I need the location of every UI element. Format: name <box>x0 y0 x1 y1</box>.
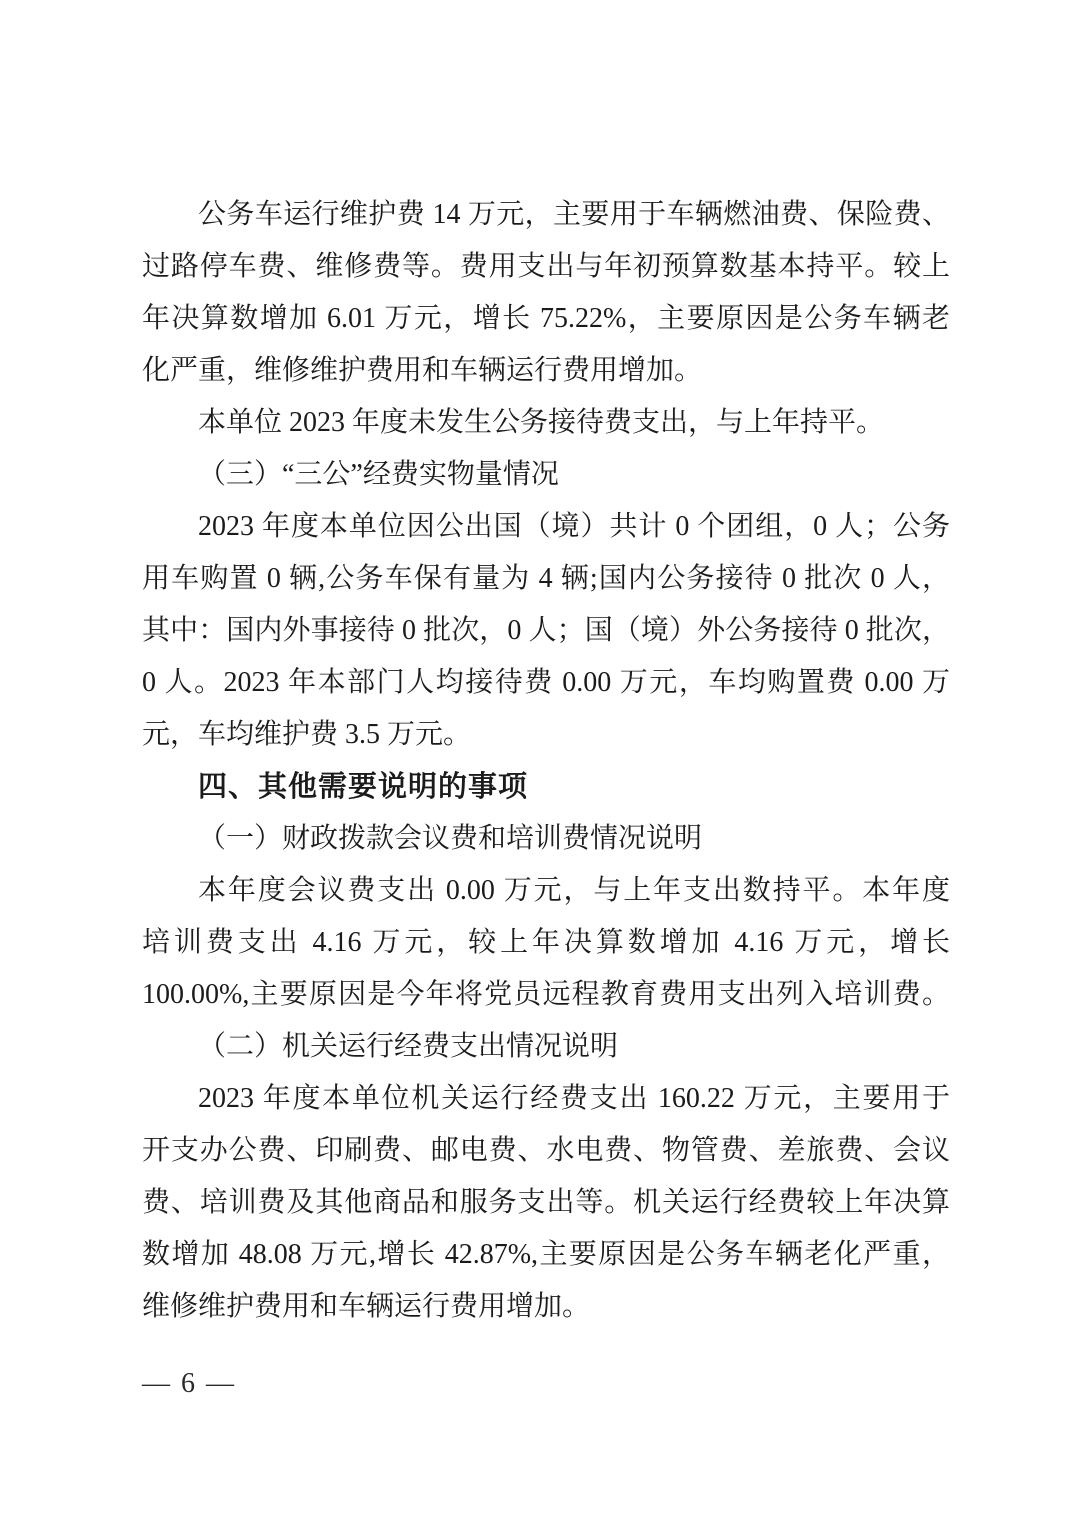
paragraph-operating-expense: 2023 年度本单位机关运行经费支出 160.22 万元，主要用于 开支办公费、… <box>142 1073 950 1333</box>
text-line: 公务车运行维护费 14 万元，主要用于车辆燃油费、保险费、 <box>142 189 950 241</box>
text-line: 费、培训费及其他商品和服务支出等。机关运行经费较上年决算 <box>142 1177 950 1229</box>
text-line: 培训费支出 4.16 万元，较上年决算数增加 4.16 万元，增长 <box>142 917 950 969</box>
section-heading-three-public-quantity: （三）“三公”经费实物量情况 <box>142 449 950 501</box>
text-line: 维修维护费用和车辆运行费用增加。 <box>142 1281 950 1333</box>
text-line: 本单位 2023 年度未发生公务接待费支出，与上年持平。 <box>142 397 950 449</box>
text-line: 元，车均维护费 3.5 万元。 <box>142 709 950 761</box>
paragraph-vehicle-maintenance: 公务车运行维护费 14 万元，主要用于车辆燃油费、保险费、 过路停车费、维修费等… <box>142 189 950 397</box>
text-line: 2023 年度本单位机关运行经费支出 160.22 万元，主要用于 <box>142 1073 950 1125</box>
text-line: 2023 年度本单位因公出国（境）共计 0 个团组，0 人；公务 <box>142 501 950 553</box>
section-heading-other-items: 四、其他需要说明的事项 <box>142 761 950 813</box>
text-line: 化严重，维修维护费用和车辆运行费用增加。 <box>142 345 950 397</box>
paragraph-reception: 本单位 2023 年度未发生公务接待费支出，与上年持平。 <box>142 397 950 449</box>
section-heading-operating-expense: （二）机关运行经费支出情况说明 <box>142 1021 950 1073</box>
text-line: 数增加 48.08 万元,增长 42.87%,主要原因是公务车辆老化严重， <box>142 1229 950 1281</box>
section-heading-meeting-training: （一）财政拨款会议费和培训费情况说明 <box>142 813 950 865</box>
text-line: 年决算数增加 6.01 万元，增长 75.22%，主要原因是公务车辆老 <box>142 293 950 345</box>
text-line: 本年度会议费支出 0.00 万元，与上年支出数持平。本年度 <box>142 865 950 917</box>
text-line: 用车购置 0 辆,公务车保有量为 4 辆;国内公务接待 0 批次 0 人， <box>142 553 950 605</box>
paragraph-meeting-training: 本年度会议费支出 0.00 万元，与上年支出数持平。本年度 培训费支出 4.16… <box>142 865 950 1021</box>
page-footer: — 6 — <box>142 1358 236 1410</box>
paragraph-quantity-detail: 2023 年度本单位因公出国（境）共计 0 个团组，0 人；公务 用车购置 0 … <box>142 501 950 761</box>
text-line: 过路停车费、维修费等。费用支出与年初预算数基本持平。较上 <box>142 241 950 293</box>
document-body: 公务车运行维护费 14 万元，主要用于车辆燃油费、保险费、 过路停车费、维修费等… <box>142 189 950 1333</box>
document-page: 公务车运行维护费 14 万元，主要用于车辆燃油费、保险费、 过路停车费、维修费等… <box>0 0 1074 1520</box>
text-line: 其中：国内外事接待 0 批次，0 人；国（境）外公务接待 0 批次， <box>142 605 950 657</box>
text-line: 开支办公费、印刷费、邮电费、水电费、物管费、差旅费、会议 <box>142 1125 950 1177</box>
page-number: — 6 — <box>142 1368 236 1399</box>
text-line: 0 人。2023 年本部门人均接待费 0.00 万元，车均购置费 0.00 万 <box>142 657 950 709</box>
text-line: 100.00%,主要原因是今年将党员远程教育费用支出列入培训费。 <box>142 969 950 1021</box>
